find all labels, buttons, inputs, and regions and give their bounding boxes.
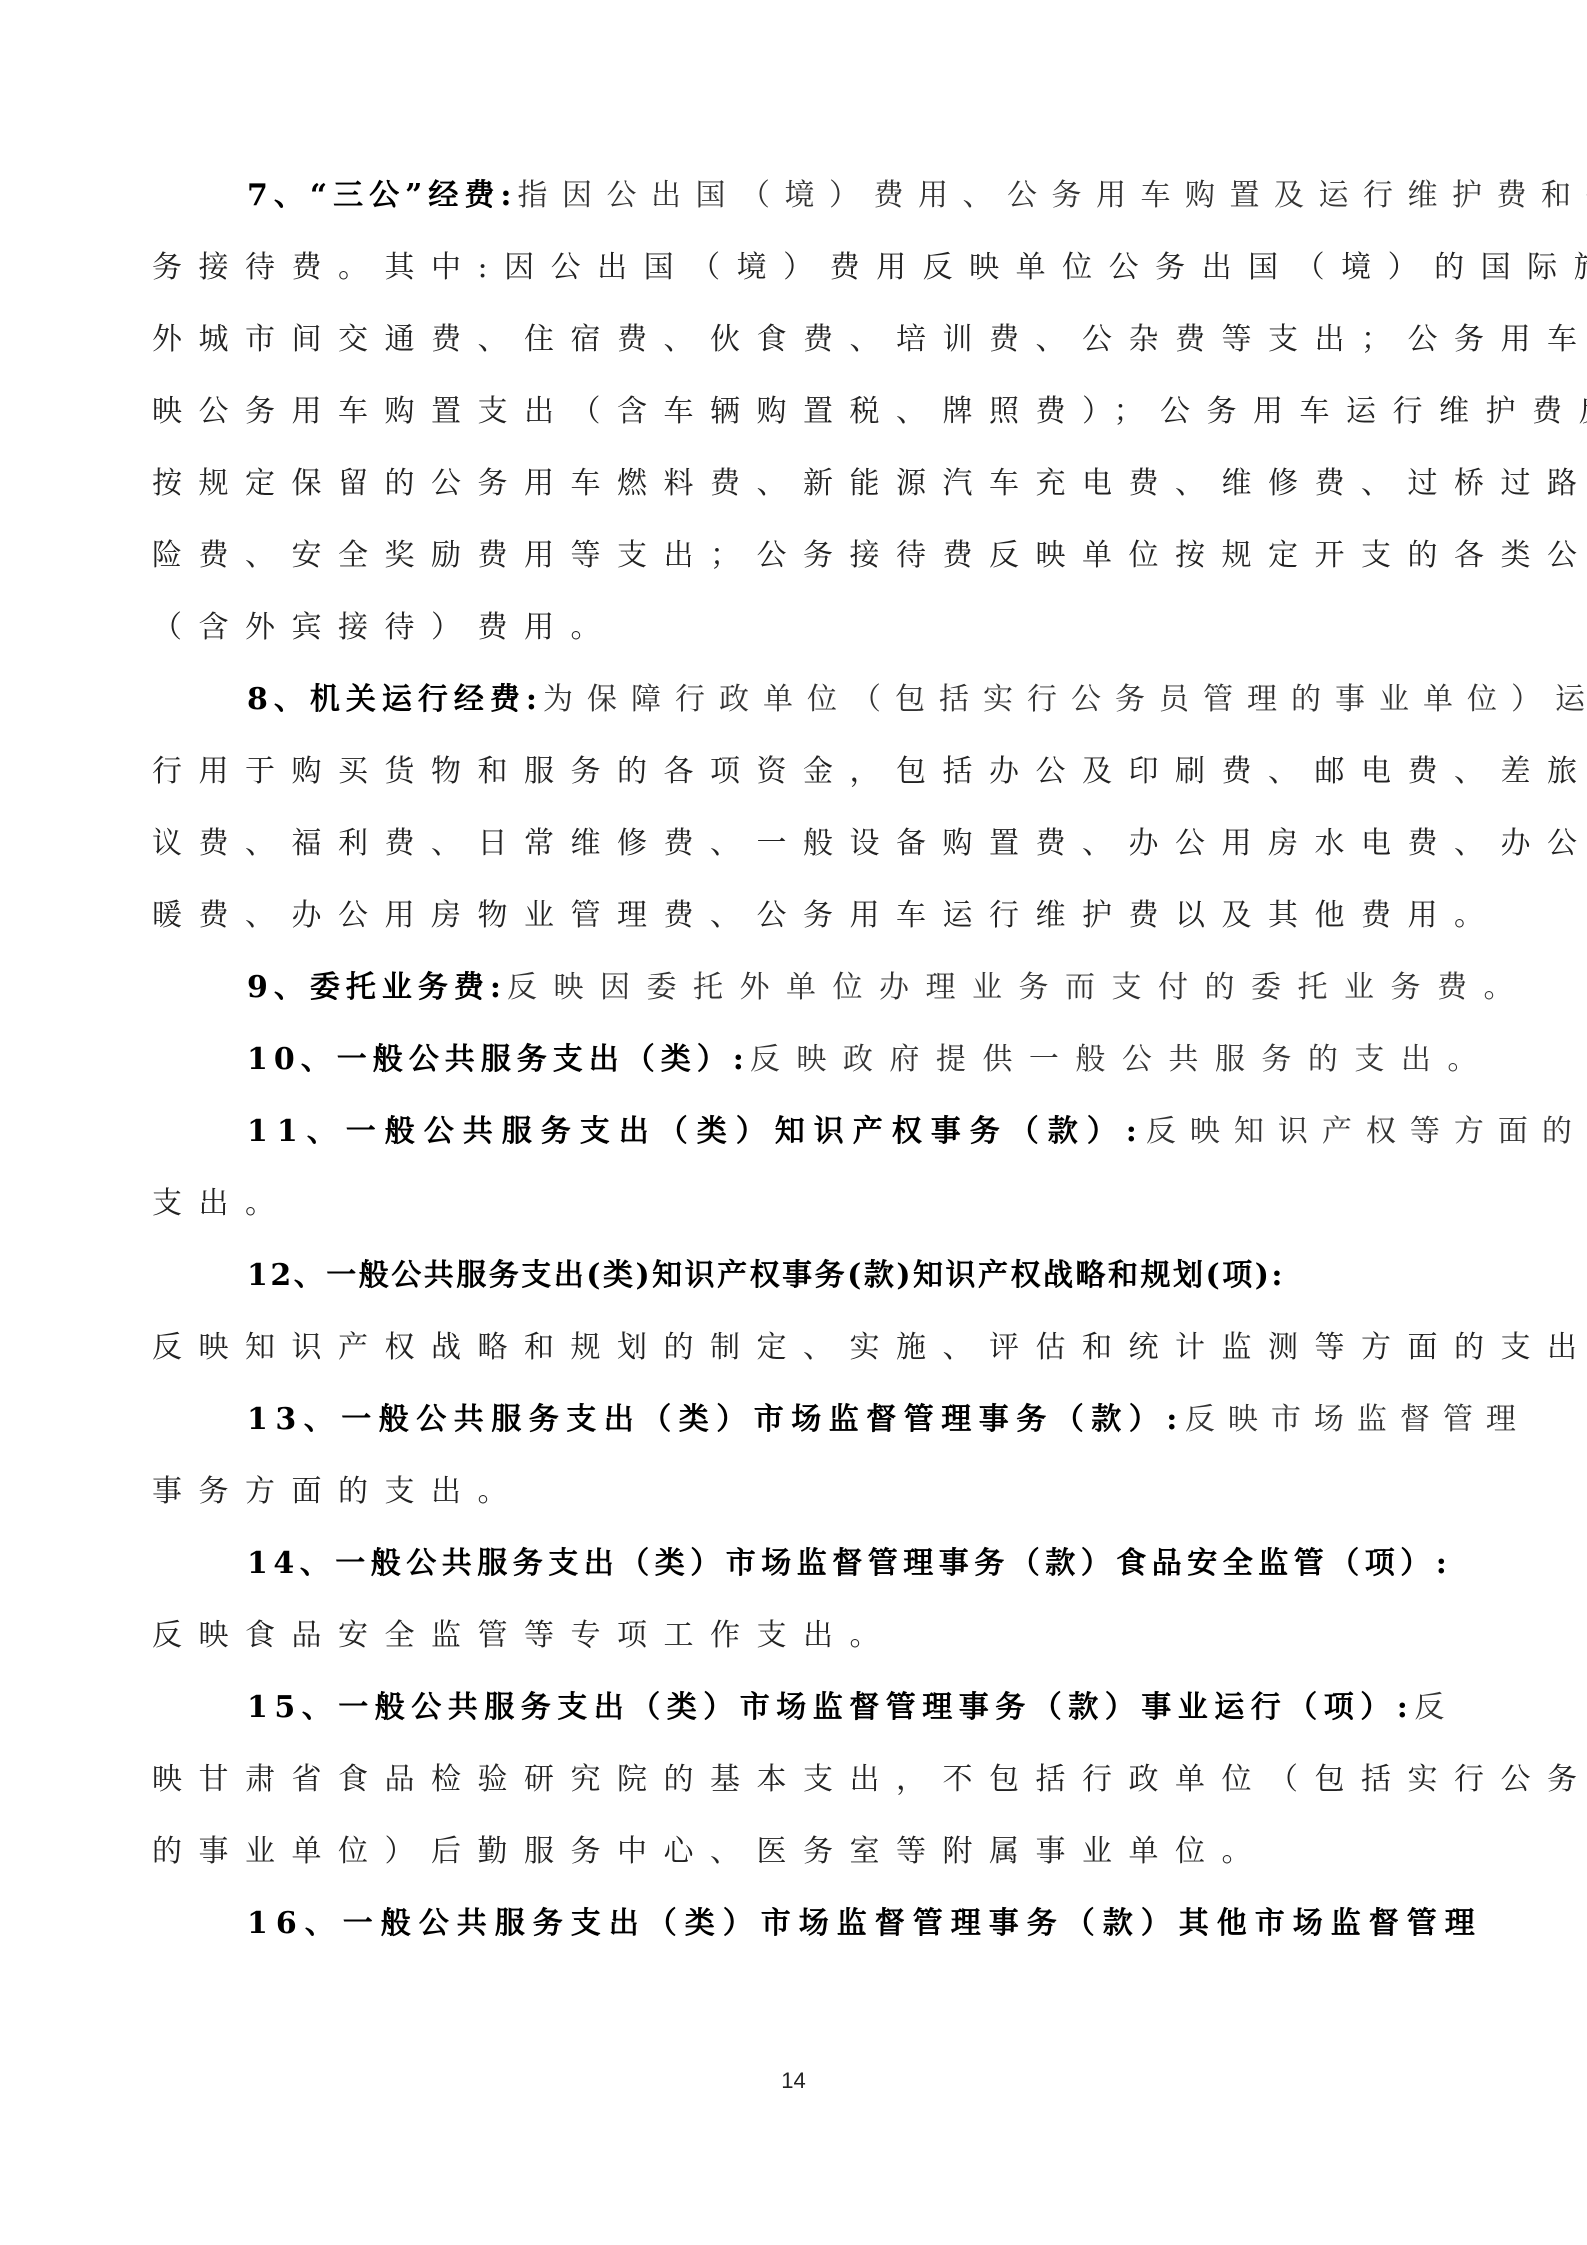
paragraph-8-line-1: 8、机关运行经费:为保障行政单位（包括实行公务员管理的事业单位）运 — [152, 676, 1442, 724]
term-agency-operating-expenses: 8、机关运行经费: — [247, 682, 543, 717]
paragraph-7-line-1: 7、“三公”经费:指因公出国（境）费用、公务用车购置及运行维护费和公 — [152, 172, 1442, 220]
paragraph-13-line-1: 13、一般公共服务支出（类）市场监督管理事务（款）:反映市场监督管理 — [152, 1396, 1442, 1444]
paragraph-14-line-2: 反映食品安全监管等专项工作支出。 — [152, 1612, 1442, 1660]
paragraph-11-line-1: 11、一般公共服务支出（类）知识产权事务（款）:反映知识产权等方面的 — [152, 1108, 1442, 1156]
page-number: 14 — [0, 2068, 1587, 2094]
paragraph-14-line-1: 14、一般公共服务支出（类）市场监督管理事务（款）食品安全监管（项）: — [152, 1540, 1442, 1588]
paragraph-12-line-2: 反映知识产权战略和规划的制定、实施、评估和统计监测等方面的支出。 — [152, 1324, 1442, 1372]
term-general-public-services: 10、一般公共服务支出（类）: — [247, 1042, 750, 1077]
paragraph-7-line-6: 险费、安全奖励费用等支出；公务接待费反映单位按规定开支的各类公务接待 — [152, 532, 1442, 580]
term-ip-strategy-planning: 12、一般公共服务支出(类)知识产权事务(款)知识产权战略和规划(项): — [247, 1258, 1285, 1293]
term-other-market-supervision: 16、一般公共服务支出（类）市场监督管理事务（款）其他市场监督管理 — [247, 1906, 1483, 1941]
term-entrusted-business-fee: 9、委托业务费: — [247, 970, 507, 1005]
term-institution-operation: 15、一般公共服务支出（类）市场监督管理事务（款）事业运行（项）: — [247, 1690, 1414, 1725]
term-three-public-expenses: 7、“三公”经费: — [247, 178, 517, 213]
paragraph-7-line-2: 务接待费。其中:因公出国（境）费用反映单位公务出国（境）的国际旅费、国 — [152, 244, 1442, 292]
paragraph-7-line-3: 外城市间交通费、住宿费、伙食费、培训费、公杂费等支出；公务用车购置反 — [152, 316, 1442, 364]
paragraph-12-line-1: 12、一般公共服务支出(类)知识产权事务(款)知识产权战略和规划(项): — [152, 1252, 1442, 1300]
paragraph-13-line-2: 事务方面的支出。 — [152, 1468, 1442, 1516]
paragraph-9-line-1: 9、委托业务费:反映因委托外单位办理业务而支付的委托业务费。 — [152, 964, 1442, 1012]
term-intellectual-property-affairs: 11、一般公共服务支出（类）知识产权事务（款）: — [247, 1114, 1146, 1149]
term-food-safety-supervision: 14、一般公共服务支出（类）市场监督管理事务（款）食品安全监管（项）: — [247, 1546, 1452, 1581]
document-page: 7、“三公”经费:指因公出国（境）费用、公务用车购置及运行维护费和公 务接待费。… — [0, 0, 1587, 2245]
paragraph-10-line-1: 10、一般公共服务支出（类）:反映政府提供一般公共服务的支出。 — [152, 1036, 1442, 1084]
paragraph-15-line-2: 映甘肃省食品检验研究院的基本支出，不包括行政单位（包括实行公务员管理 — [152, 1756, 1442, 1804]
paragraph-8-line-4: 暖费、办公用房物业管理费、公务用车运行维护费以及其他费用。 — [152, 892, 1442, 940]
paragraph-7-line-7: （含外宾接待）费用。 — [152, 604, 1442, 652]
paragraph-8-line-2: 行用于购买货物和服务的各项资金，包括办公及印刷费、邮电费、差旅费、会 — [152, 748, 1442, 796]
paragraph-11-line-2: 支出。 — [152, 1180, 1442, 1228]
paragraph-8-line-3: 议费、福利费、日常维修费、一般设备购置费、办公用房水电费、办公用房取 — [152, 820, 1442, 868]
term-market-supervision-affairs: 13、一般公共服务支出（类）市场监督管理事务（款）: — [247, 1402, 1185, 1437]
paragraph-16-line-1: 16、一般公共服务支出（类）市场监督管理事务（款）其他市场监督管理 — [152, 1900, 1442, 1948]
paragraph-15-line-1: 15、一般公共服务支出（类）市场监督管理事务（款）事业运行（项）:反 — [152, 1684, 1442, 1732]
paragraph-15-line-3: 的事业单位）后勤服务中心、医务室等附属事业单位。 — [152, 1828, 1442, 1876]
paragraph-7-line-4: 映公务用车购置支出（含车辆购置税、牌照费）；公务用车运行维护费反映单位 — [152, 388, 1442, 436]
paragraph-7-line-5: 按规定保留的公务用车燃料费、新能源汽车充电费、维修费、过桥过路费、保 — [152, 460, 1442, 508]
